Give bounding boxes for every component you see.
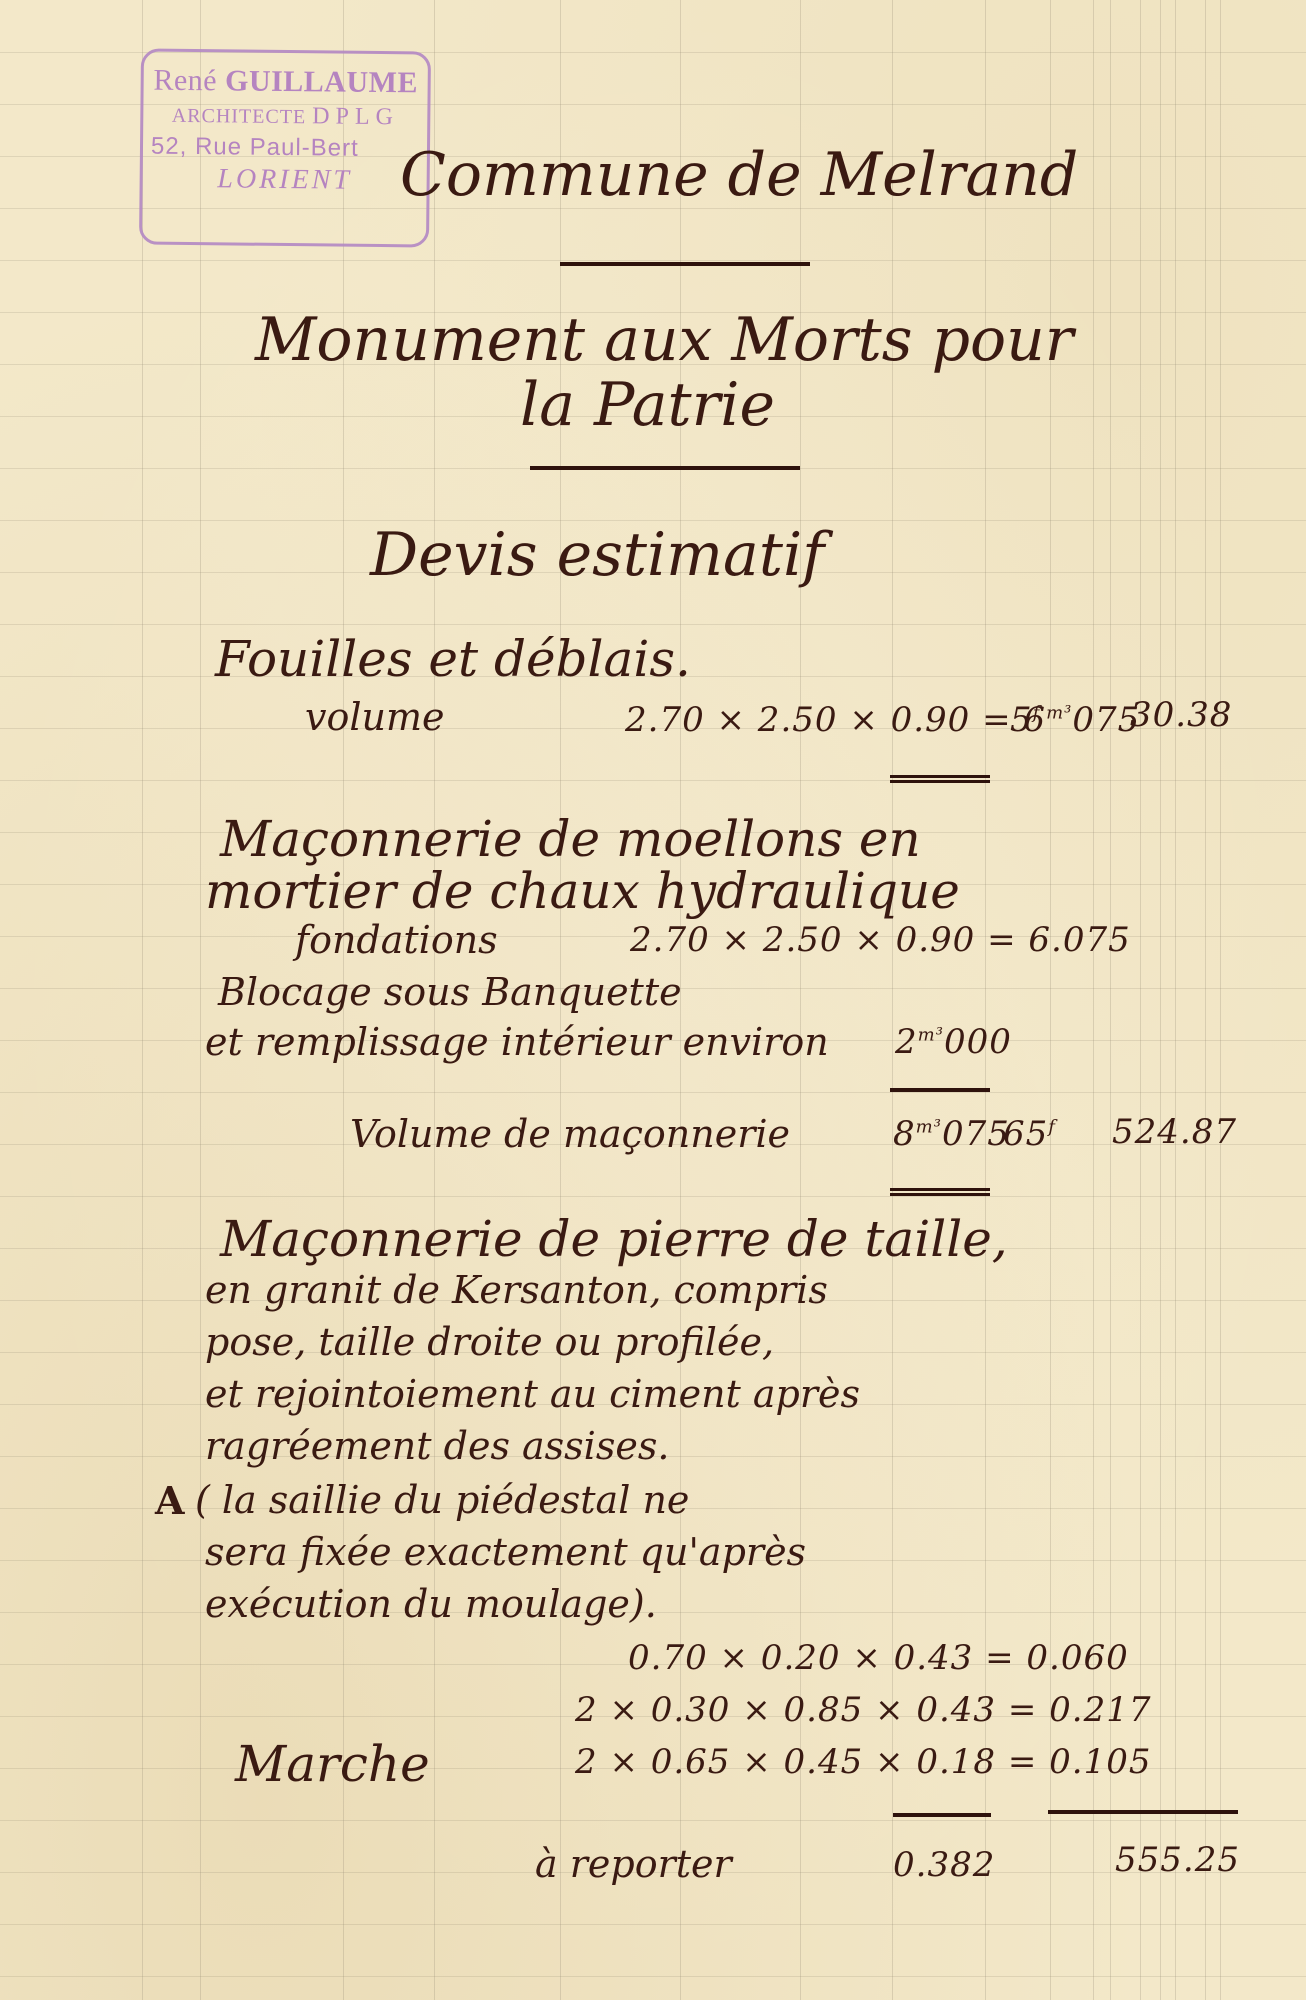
- row-volume: 2m³000: [895, 1022, 1012, 1062]
- section-title-moellons-line2: mortier de chaux hydraulique: [205, 862, 960, 920]
- amount-value: 524.87: [1112, 1112, 1237, 1152]
- row-calculation: 2.70 × 2.50 × 0.90 = 6.075: [630, 920, 1131, 960]
- carry-forward-label: à reporter: [535, 1842, 732, 1886]
- calc-row-1: 0.70 × 0.20 × 0.43 = 0.060: [628, 1638, 1129, 1678]
- column-line: [1160, 0, 1161, 2000]
- document-type-title: Devis estimatif: [370, 520, 824, 590]
- volume-end: 000: [944, 1022, 1012, 1062]
- column-line: [1220, 0, 1221, 2000]
- total-volume-value: 8: [893, 1114, 916, 1154]
- total-amount: 524.87: [1112, 1112, 1237, 1152]
- title-underline: [560, 262, 810, 266]
- subject-title-line2: la Patrie: [520, 370, 775, 440]
- section-title-pierre-line1: Maçonnerie de pierre de taille,: [220, 1210, 1008, 1268]
- row-label-blocage: Blocage sous Banquette: [218, 970, 682, 1014]
- stamp-title: ARCHITECTE DPLG: [143, 102, 427, 132]
- section-title-moellons-line1: Maçonnerie de moellons en: [220, 810, 921, 868]
- unit-price-value: 65: [1003, 1114, 1048, 1154]
- total-label: Volume de maçonnerie: [350, 1112, 790, 1156]
- section-title-pierre-line3: pose, taille droite ou profilée,: [205, 1320, 774, 1364]
- double-underline: [890, 775, 990, 783]
- column-line: [200, 0, 201, 2000]
- calc-row-2: 2 × 0.30 × 0.85 × 0.43 = 0.217: [575, 1690, 1152, 1730]
- row-label-fondations: fondations: [295, 918, 498, 962]
- stamp-degree: DPLG: [312, 103, 399, 130]
- carry-forward-amount: 555.25: [1115, 1840, 1240, 1880]
- stamp-city: LORIENT: [143, 163, 427, 198]
- total-unit-price: 65f: [1003, 1114, 1056, 1154]
- section-title-pierre-line5: ragréement des assises.: [205, 1424, 669, 1468]
- stamp-profession: ARCHITECTE: [172, 105, 307, 128]
- subtotal-line: [890, 1088, 990, 1092]
- total-volume-end: 075: [942, 1114, 1010, 1154]
- row-calculation: 2.70 × 2.50 × 0.90 = 6m³075: [625, 700, 1140, 740]
- volume-value: 2: [895, 1022, 918, 1062]
- unit-price: 5f: [1010, 700, 1040, 740]
- subject-underline: [530, 466, 800, 470]
- total-volume: 8m³075: [893, 1114, 1010, 1154]
- architect-stamp: René GUILLAUME ARCHITECTE DPLG 52, Rue P…: [139, 48, 431, 247]
- row-amount: 30.38: [1130, 695, 1232, 735]
- note-marker: A: [155, 1478, 184, 1523]
- note-line3: exécution du moulage).: [205, 1582, 657, 1626]
- row-label: volume: [305, 695, 445, 739]
- row-label-remplissage: et remplissage intérieur environ: [205, 1020, 829, 1064]
- franc-symbol: f: [1033, 703, 1041, 724]
- column-line: [1175, 0, 1176, 2000]
- section-title-pierre-line2: en granit de Kersanton, compris: [205, 1268, 828, 1312]
- note-line2: sera fixée exactement qu'après: [205, 1530, 806, 1574]
- stamp-last-name: GUILLAUME: [225, 64, 418, 99]
- double-underline: [890, 1188, 990, 1196]
- unit-text: m³: [918, 1025, 944, 1046]
- calc-text: 2.70 × 2.50 × 0.90 = 6: [625, 700, 1046, 740]
- franc-symbol: f: [1048, 1117, 1056, 1138]
- row-label-marche: Marche: [235, 1735, 430, 1793]
- stamp-name: René GUILLAUME: [144, 64, 428, 101]
- stamp-address: 52, Rue Paul-Bert: [143, 133, 427, 164]
- calc-row-3: 2 × 0.65 × 0.45 × 0.18 = 0.105: [575, 1742, 1152, 1782]
- unit-price-value: 5: [1010, 700, 1033, 740]
- carry-forward-volume-line: [893, 1813, 991, 1817]
- section-title-fouilles: Fouilles et déblais.: [215, 630, 691, 688]
- unit-text: m³: [1046, 703, 1072, 724]
- column-line: [142, 0, 143, 2000]
- note-line1: ( la saillie du piédestal ne: [195, 1478, 689, 1522]
- unit-text: m³: [916, 1117, 942, 1138]
- commune-title: Commune de Melrand: [400, 140, 1078, 210]
- section-title-pierre-line4: et rejointoiement au ciment après: [205, 1372, 860, 1416]
- carry-forward-volume: 0.382: [893, 1845, 995, 1885]
- column-line: [1205, 0, 1206, 2000]
- carry-forward-amount-line: [1048, 1810, 1238, 1814]
- stamp-first-name: René: [153, 64, 217, 98]
- subject-title-line1: Monument aux Morts pour: [255, 305, 1073, 375]
- amount-value: 30.38: [1130, 695, 1232, 735]
